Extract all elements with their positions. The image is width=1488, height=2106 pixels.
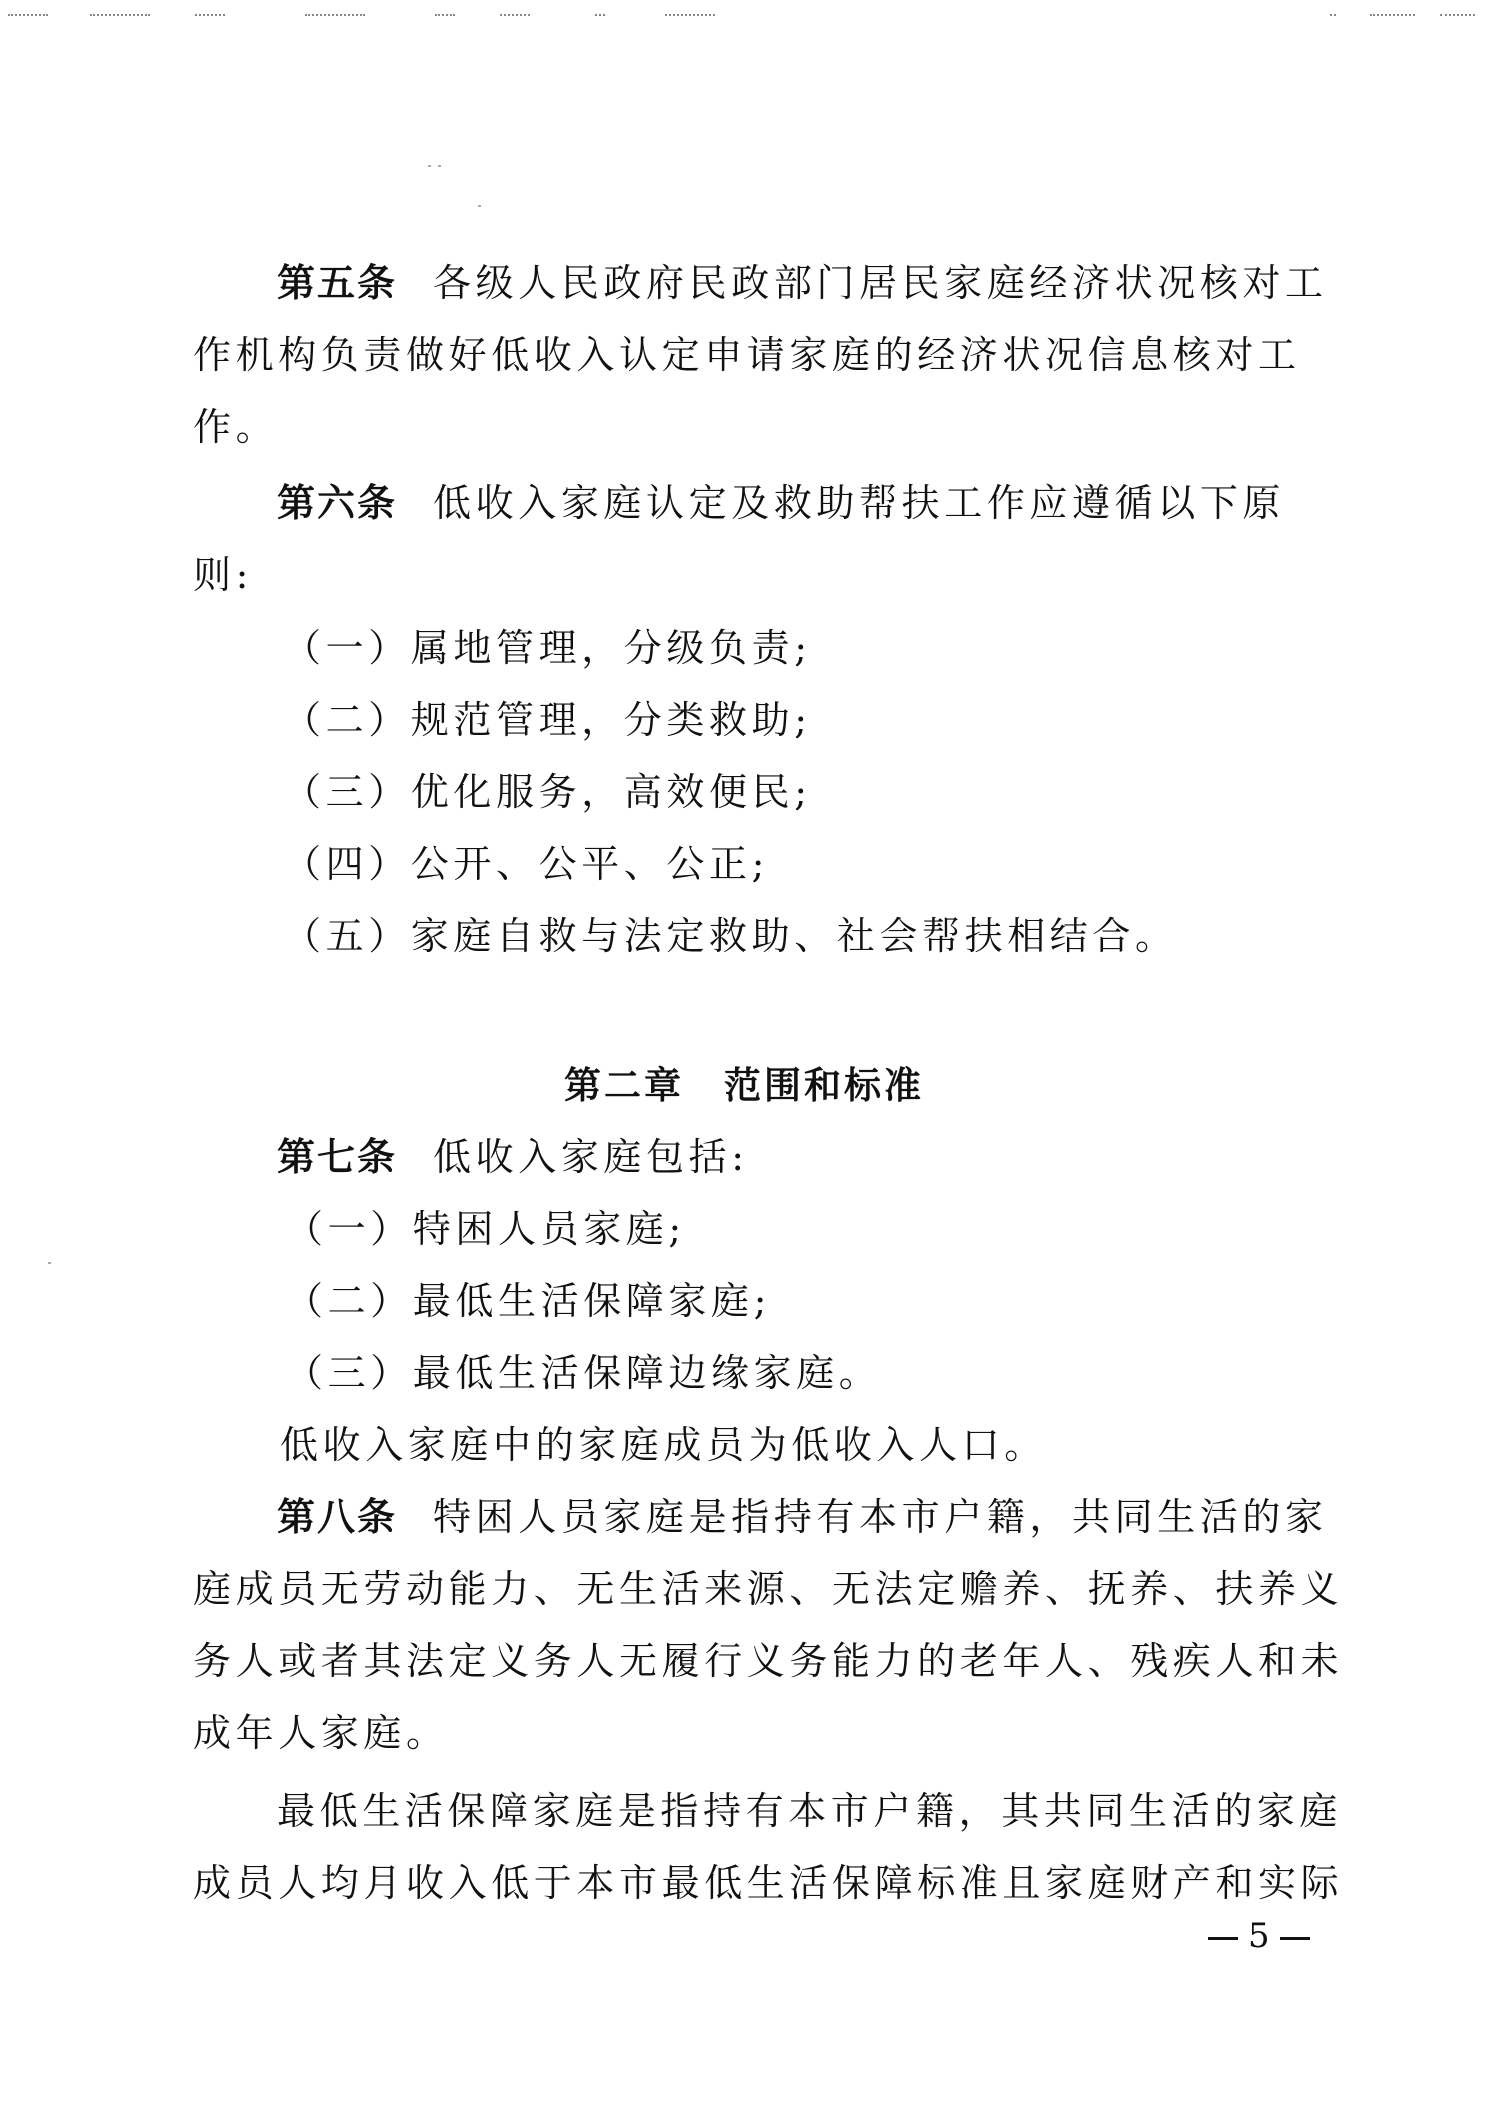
article7-item-1: （一）特困人员家庭;: [285, 1193, 1410, 1265]
article6-item-5: （五）家庭自救与法定救助、社会帮扶相结合。: [283, 900, 1408, 972]
article8-para2-line-1: 最低生活保障家庭是指持有本市户籍，其共同生活的家庭: [277, 1775, 1402, 1847]
article5-line-1: 第五条各级人民政府民政部门居民家庭经济状况核对工: [277, 247, 1402, 319]
article6-heading: 第六条: [277, 481, 397, 525]
article6-text-1: 低收入家庭认定及救助帮扶工作应遵循以下原: [433, 481, 1285, 525]
dash-left: [1208, 1937, 1238, 1940]
article6-item-3: （三）优化服务，高效便民;: [283, 756, 1408, 828]
article8-line-4: 成年人家庭。: [193, 1697, 1318, 1769]
article8-line-2: 庭成员无劳动能力、无生活来源、无法定赡养、抚养、扶养义: [193, 1553, 1318, 1625]
article8-line-1: 第八条特困人员家庭是指持有本市户籍，共同生活的家: [277, 1481, 1402, 1553]
article6-item-2: （二）规范管理，分类救助;: [283, 684, 1408, 756]
article6-line-1: 第六条低收入家庭认定及救助帮扶工作应遵循以下原: [277, 467, 1402, 539]
scan-artifacts: [0, 14, 1488, 24]
article8-para2-line-2: 成员人均月收入低于本市最低生活保障标准且家庭财产和实际: [193, 1847, 1318, 1919]
article8-heading: 第八条: [277, 1495, 397, 1539]
scan-speck: [438, 165, 441, 167]
scan-speck: [478, 205, 481, 207]
chapter-title: 第二章范围和标准: [0, 1056, 1488, 1116]
article6-line-2: 则:: [193, 539, 1318, 611]
article6-item-1: （一）属地管理，分级负责;: [283, 612, 1408, 684]
article7-line-1: 第七条低收入家庭包括:: [277, 1121, 1402, 1193]
article5-text-1: 各级人民政府民政部门居民家庭经济状况核对工: [433, 261, 1328, 305]
page-number: 5: [1198, 1916, 1320, 1956]
article7-item-3: （三）最低生活保障边缘家庭。: [285, 1337, 1410, 1409]
chapter-number: 第二章: [564, 1064, 684, 1107]
article5-line-2: 作机构负责做好低收入认定申请家庭的经济状况信息核对工: [193, 319, 1318, 391]
dash-right: [1280, 1937, 1310, 1940]
article7-note: 低收入家庭中的家庭成员为低收入人口。: [280, 1409, 1405, 1481]
article7-item-2: （二）最低生活保障家庭;: [285, 1265, 1410, 1337]
scan-speck: [428, 165, 431, 167]
article6-item-4: （四）公开、公平、公正;: [283, 828, 1408, 900]
article5-heading: 第五条: [277, 261, 397, 305]
page-number-value: 5: [1248, 1916, 1270, 1956]
article8-text-1: 特困人员家庭是指持有本市户籍，共同生活的家: [433, 1495, 1328, 1539]
scan-speck: [48, 1262, 51, 1264]
document-page: 第五条各级人民政府民政部门居民家庭经济状况核对工 作机构负责做好低收入认定申请家…: [0, 0, 1488, 2106]
chapter-name: 范围和标准: [724, 1064, 924, 1107]
article7-text-1: 低收入家庭包括:: [433, 1135, 749, 1179]
article5-line-3: 作。: [193, 391, 1318, 463]
article8-line-3: 务人或者其法定义务人无履行义务能力的老年人、残疾人和未: [193, 1625, 1318, 1697]
article7-heading: 第七条: [277, 1135, 397, 1179]
